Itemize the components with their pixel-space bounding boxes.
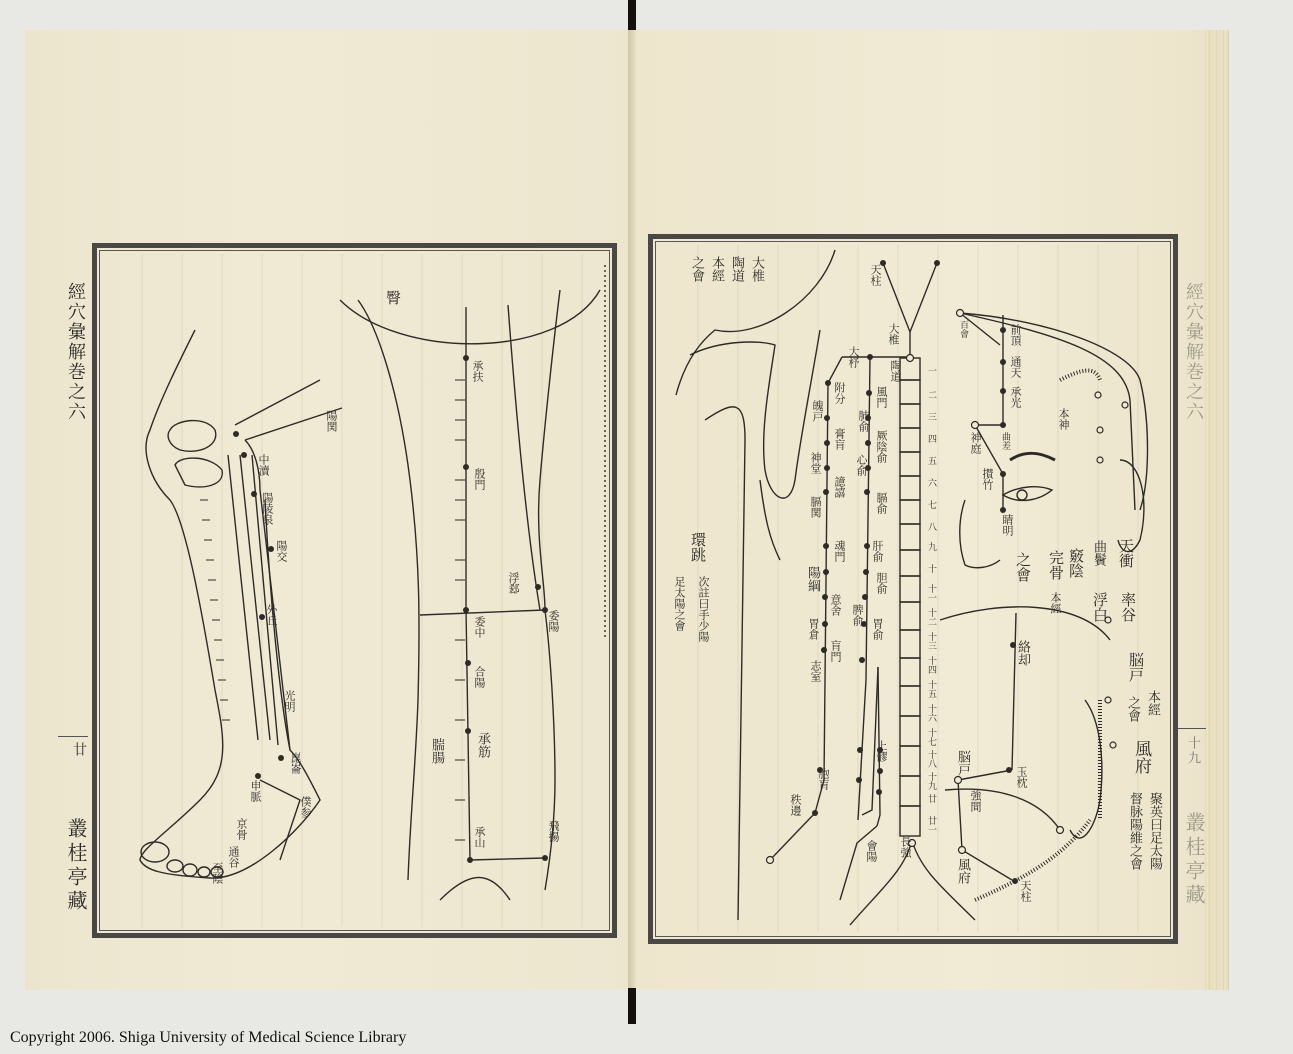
label-qiaoyin: 竅陰 <box>1068 548 1083 578</box>
label-shenting: 神庭 <box>970 432 981 454</box>
vertebra-number: 五 <box>926 456 935 465</box>
label-naohu-back: 脳戸 <box>956 750 969 776</box>
label-changqiang: 長強 <box>900 836 911 858</box>
label-hunmen: 魂門 <box>834 540 845 562</box>
vertebra-number: 十二 <box>926 608 935 626</box>
label-dazhui: 大椎 <box>888 323 899 345</box>
label-tianzhu-head: 天柱 <box>1020 880 1031 902</box>
label-shuaigu: 率谷 <box>1120 592 1135 622</box>
label-fengfu: 風府 <box>1132 740 1149 774</box>
vertebra-number: 三 <box>926 412 935 421</box>
note-huantiao-1: 次註曰手少陽 <box>698 576 709 642</box>
vertebra-number: 七 <box>926 500 935 509</box>
label-geshu: 膈俞 <box>876 492 887 514</box>
label-jingming: 睛明 <box>1002 514 1013 536</box>
vertebra-number: 九 <box>926 542 935 551</box>
label-chengguang: 承光 <box>1010 386 1021 408</box>
label-feishu: 肺俞 <box>858 410 869 432</box>
label-benshen: 本神 <box>1058 408 1069 430</box>
vertebra-number: 十七 <box>926 728 935 746</box>
label-yixi: 譩譆 <box>834 476 845 498</box>
label-geguan: 膈関 <box>810 496 821 518</box>
label-huantiao: 環跳 <box>690 532 705 562</box>
copyright-caption: Copyright 2006. Shiga University of Medi… <box>10 1029 406 1047</box>
note-wangu-zhihui: 之會 <box>1015 552 1030 582</box>
label-qucha: 曲差 <box>1000 432 1009 450</box>
note-benjing: 本經 <box>710 256 723 282</box>
label-fufen: 附分 <box>834 382 845 404</box>
note-dazhui: 大椎 <box>750 256 763 282</box>
label-pishu: 脾俞 <box>852 604 863 626</box>
label-yuzhen: 玉枕 <box>1016 766 1027 788</box>
vertebra-number: 二 <box>926 390 935 399</box>
label-xinshu: 心俞 <box>856 454 867 476</box>
label-naohu: 脳戸 <box>1128 652 1143 682</box>
label-baihui: 百會 <box>958 320 967 338</box>
label-gaohuang: 膏肓 <box>834 428 845 450</box>
note-taodao: 陶道 <box>730 256 743 282</box>
label-baohuang: 胞肓 <box>818 768 829 790</box>
label-yishe: 意舍 <box>830 594 841 616</box>
note-naohu-2: 之會 <box>1126 696 1139 722</box>
label-fengfu-back: 風府 <box>956 858 969 884</box>
label-tongtian: 通天 <box>1010 356 1021 378</box>
vertebra-number: 廿 <box>926 794 935 803</box>
vertebra-number: 十一 <box>926 584 935 602</box>
label-cuanzhu: 攅竹 <box>982 468 993 490</box>
vertebra-number: 廿一 <box>926 816 935 834</box>
label-shentang: 神堂 <box>810 452 821 474</box>
label-qubin: 曲鬢 <box>1092 540 1105 566</box>
label-zhishi: 志室 <box>810 660 821 682</box>
label-fengmen: 風門 <box>876 386 887 408</box>
label-weishu: 胃俞 <box>872 618 883 640</box>
note-wangu-benjing: 本經 <box>1050 592 1061 614</box>
vertebra-number: 六 <box>926 478 935 487</box>
label-fubai: 浮白 <box>1092 592 1107 622</box>
note-zhihui: 之會 <box>690 256 703 282</box>
vertebra-number: 十四 <box>926 656 935 674</box>
label-weicang: 胃倉 <box>808 618 819 640</box>
vertebra-number: 十 <box>926 564 935 573</box>
note-fengfu-1: 聚英曰足太陽 <box>1148 792 1161 870</box>
label-taodao: 陶道 <box>890 360 901 382</box>
label-qianding: 前頂 <box>1010 324 1021 346</box>
label-ganshu: 肝俞 <box>872 540 883 562</box>
book-spread: 經穴彙解巻之六 廿 叢桂亭藏 <box>0 0 1293 1024</box>
label-tianchong: 天衝 <box>1118 538 1133 568</box>
vertebra-number: 十八 <box>926 750 935 768</box>
label-dazhu: 大杼 <box>848 346 859 368</box>
vertebra-number: 四 <box>926 434 935 443</box>
vertebra-number: 十九 <box>926 772 935 790</box>
label-yanggang: 陽綱 <box>806 566 819 592</box>
label-tianzhu-spine: 天柱 <box>870 264 881 286</box>
vertebra-number: 一 <box>926 366 935 375</box>
note-fengfu-2: 督脉陽維之會 <box>1128 792 1141 870</box>
vertebra-number: 十五 <box>926 680 935 698</box>
label-qiangjian: 強間 <box>970 790 981 812</box>
label-shangliao: 上髎 <box>876 740 887 762</box>
label-wangu: 完骨 <box>1048 550 1063 580</box>
label-pohu: 魄戸 <box>812 400 823 422</box>
note-huantiao-2: 足太陽之會 <box>674 576 685 631</box>
note-naohu-1: 本經 <box>1146 690 1159 716</box>
label-zhibian: 秩邊 <box>790 794 801 816</box>
vertebra-number: 八 <box>926 522 935 531</box>
label-luoque: 絡却 <box>1016 640 1029 666</box>
label-huangmen: 肓門 <box>830 640 841 662</box>
label-huiyang: 會陽 <box>866 840 877 862</box>
back-head-diagram-svg <box>0 0 1293 1054</box>
label-jueyinshu: 厥陰俞 <box>876 430 887 463</box>
vertebra-number: 十三 <box>926 632 935 650</box>
vertebra-number: 十六 <box>926 704 935 722</box>
label-danshu: 胆俞 <box>876 572 887 594</box>
